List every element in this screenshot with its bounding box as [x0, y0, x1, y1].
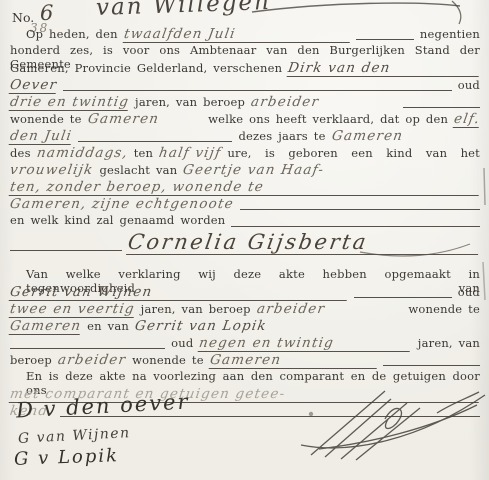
birth-day: elf. — [453, 111, 482, 128]
printed-text: en van — [87, 319, 129, 333]
declarant-name-part2: Oever — [9, 77, 59, 94]
ruled-blank — [10, 248, 122, 251]
child-name-intro-line: en welk kind zal genaamd worden — [10, 213, 480, 230]
witness1-name: Gerrit van Wijnen — [9, 284, 350, 301]
act-year-line: honderd zes, is voor ons Ambtenaar van d… — [10, 43, 480, 60]
child-name-line: Cornelia Gijsberta — [10, 230, 480, 254]
printed-text: jaren, van beroep — [135, 95, 245, 109]
birth-daypart: namiddags, — [35, 145, 129, 161]
mother-name-part1: Geertje van Haaf- — [182, 162, 481, 178]
declarant-age: drie en twintig — [9, 94, 131, 111]
ruled-blank — [63, 88, 452, 91]
ruled-blank — [383, 363, 480, 366]
printed-text: negentien — [420, 27, 480, 41]
municipality-line: Gameren, Provincie Gelderland, verschene… — [10, 60, 480, 77]
printed-text: welke ons heeft verklaard, dat op den — [208, 112, 448, 126]
witness1-age-line: twee en veertigjaren, van beroeparbeider… — [10, 301, 480, 318]
witness2-name-line: Gamerenen vanGerrit van Lopik — [10, 318, 480, 335]
printed-text: jaren, van — [418, 336, 480, 350]
mother-name-part2: ten, zonder beroep, wonende te — [9, 179, 482, 196]
ruled-blank — [10, 346, 165, 349]
printed-text: oud — [458, 285, 480, 299]
declarant-occupation: arbeider — [250, 94, 398, 110]
official-signature-flourish — [289, 383, 489, 468]
printed-text: Op heden, den — [26, 27, 118, 41]
declarant-name-part1: Dirk van den — [287, 60, 481, 77]
child-name: Cornelia Gijsberta — [126, 230, 482, 255]
birth-date-line: den Julidezes jaars teGameren — [10, 128, 480, 145]
child-gender: vrouwelijk — [9, 162, 95, 178]
witness-intro-line: Van welke verklaring wij deze akte hebbe… — [10, 267, 480, 284]
printed-text: oud — [458, 78, 480, 92]
ruled-blank — [356, 37, 414, 40]
declarant-age-line: drie en twintigjaren, van beroeparbeider — [10, 94, 480, 111]
witness2-occupation: arbeider — [57, 352, 128, 368]
declarant-residence: Gameren — [86, 111, 203, 127]
ruled-blank — [240, 207, 480, 210]
act-date-line: Op heden, dentwaalfden Julinegentien — [10, 26, 480, 43]
declarant-name-line: Oeveroud — [10, 77, 480, 94]
printed-text: ten — [134, 146, 153, 160]
ruled-blank — [403, 105, 480, 108]
declarant-residence-line: wonende teGamerenwelke ons heeft verklaa… — [10, 111, 480, 128]
printed-text: geslacht van — [99, 163, 177, 177]
printed-text: dezes jaars te — [238, 129, 325, 143]
printed-text: jaren, van beroep — [141, 302, 251, 316]
margin-annotation-name: van Willegen — [96, 0, 272, 21]
printed-text: des — [10, 146, 31, 160]
printed-text: wonende te — [10, 112, 82, 126]
child-gender-line: vrouwelijkgeslacht vanGeertje van Haaf- — [10, 162, 480, 179]
signature-witness-1: G van Wijnen — [18, 425, 131, 447]
witness1-occupation: arbeider — [255, 301, 403, 317]
mother-residence: Gameren, zijne echtgenoote — [9, 196, 235, 212]
birth-place: Gameren — [330, 128, 481, 144]
printed-text: wonende te — [408, 302, 480, 316]
witness1-residence: Gameren — [9, 318, 83, 335]
birth-month: den Juli — [9, 128, 74, 145]
ruled-blank — [78, 139, 232, 142]
witness2-age: negen en twintig — [198, 335, 413, 352]
witness2-age-line: oudnegen en twintigjaren, van — [10, 335, 480, 352]
printed-text: wonende te — [132, 353, 204, 367]
printed-text: en welk kind zal genaamd worden — [10, 213, 225, 227]
mother-details-line: ten, zonder beroep, wonende te — [10, 179, 480, 196]
printed-text: Gameren, Provincie Gelderland, verschene… — [10, 61, 282, 75]
printed-text: beroep — [10, 353, 52, 367]
ruled-blank — [231, 224, 480, 227]
act-date-handwritten: twaalfden Juli — [122, 26, 351, 43]
mother-residence-line: Gameren, zijne echtgenoote — [10, 196, 480, 213]
birth-hour: half vijf — [158, 145, 223, 161]
printed-text: oud — [171, 336, 193, 350]
birth-time-line: desnamiddags,tenhalf vijfure, is geboren… — [10, 145, 480, 162]
witness2-residence: Gameren — [208, 352, 378, 369]
printed-text: ure, is geboren een kind van het — [227, 146, 480, 160]
witness2-name: Gerrit van Lopik — [134, 318, 482, 334]
signature-witness-2: G v Lopik — [14, 445, 120, 470]
act-body-text: Op heden, dentwaalfden Julinegentienhond… — [10, 26, 480, 420]
witness1-age: twee en veertig — [9, 301, 136, 318]
birth-certificate-scan: van Willegen No. 6 38 Op heden, dentwaal… — [0, 0, 489, 480]
witness2-residence-line: beroeparbeiderwonende teGameren — [10, 352, 480, 369]
ruled-blank — [354, 295, 452, 298]
